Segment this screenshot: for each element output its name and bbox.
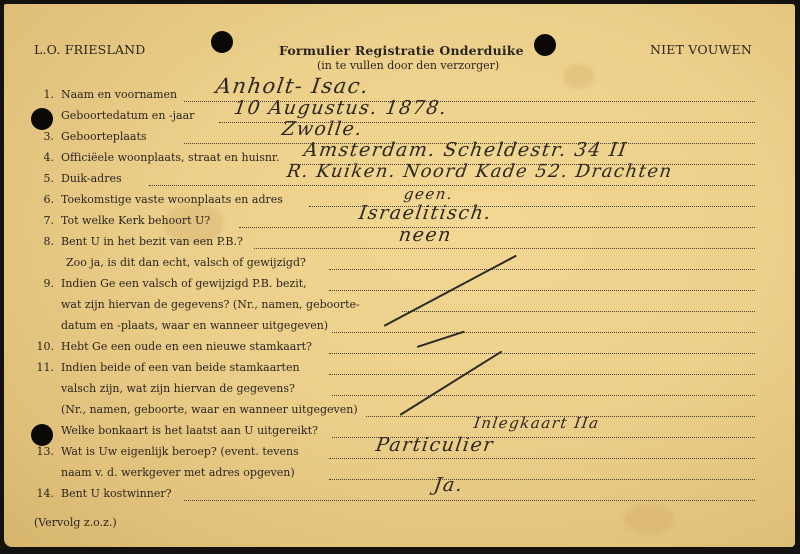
field-row-stamkaart-details-2: (Nr., namen, geboorte, waar en wanneer u…	[4, 401, 795, 421]
handwritten-church: Israelitisch.	[357, 202, 493, 224]
answer-line[interactable]	[329, 353, 755, 354]
handwritten-hiding-address: R. Kuiken. Noord Kade 52. Drachten	[286, 161, 675, 182]
field-row-stamkaart: 10. Hebt Ge een oude en een nieuwe stamk…	[4, 338, 795, 358]
field-label: Indien Ge een valsch of gewijzigd P.B. b…	[61, 277, 307, 290]
field-number: 8.	[4, 235, 54, 248]
organization-label: L.O. FRIESLAND	[34, 42, 146, 57]
field-label: Bent U kostwinner?	[61, 487, 171, 500]
field-row-stamkaart-details: valsch zijn, wat zijn hiervan de gegeven…	[4, 380, 795, 400]
field-row-fake-pb-details-2: datum en -plaats, waar en wanneer uitgeg…	[4, 317, 795, 337]
field-row-stamkaart-fake: 11. Indien beide of een van beide stamka…	[4, 359, 795, 379]
field-row-employer: naam v. d. werkgever met adres opgeven)	[4, 464, 795, 484]
handwritten-profession: Particulier	[374, 434, 495, 456]
field-label: Duik-adres	[61, 172, 122, 185]
handwritten-name: Anholt- Isac.	[214, 74, 371, 98]
field-label: Geboortedatum en -jaar	[61, 109, 194, 122]
field-label: Officiëele woonplaats, straat en huisnr.	[61, 151, 279, 164]
field-label: valsch zijn, wat zijn hiervan de gegeven…	[61, 382, 295, 395]
field-number: 13.	[4, 445, 54, 458]
do-not-fold-label: NIET VOUWEN	[650, 42, 752, 57]
field-label: naam v. d. werkgever met adres opgeven)	[61, 466, 295, 479]
field-number: 9.	[4, 277, 54, 290]
field-label: Welke bonkaart is het laatst aan U uitge…	[61, 424, 318, 437]
field-label: Bent U in het bezit van een P.B.?	[61, 235, 243, 248]
answer-line[interactable]	[402, 311, 755, 312]
handwritten-breadwinner: Ja.	[432, 474, 465, 496]
handwritten-ration-card: Inlegkaart IIa	[473, 414, 601, 432]
answer-line[interactable]	[332, 332, 755, 333]
field-label: wat zijn hiervan de gegevens? (Nr., name…	[61, 298, 360, 311]
field-number: 14.	[4, 487, 54, 500]
paper-stain	[624, 504, 674, 534]
field-label: datum en -plaats, waar en wanneer uitgeg…	[61, 319, 328, 332]
field-label: Toekomstige vaste woonplaats en adres	[61, 193, 283, 206]
answer-line[interactable]	[254, 248, 755, 249]
form-title: Formulier Registratie Onderduike	[279, 43, 524, 58]
handwritten-future-address: geen.	[403, 185, 455, 203]
field-number: 5.	[4, 172, 54, 185]
field-row-fake-pb-details: wat zijn hiervan de gegevens? (Nr., name…	[4, 296, 795, 316]
answer-line[interactable]	[329, 374, 755, 375]
field-row-breadwinner: 14. Bent U kostwinner?	[4, 485, 795, 505]
field-label: Naam en voornamen	[61, 88, 177, 101]
field-label: Wat is Uw eigenlijk beroep? (event. teve…	[61, 445, 299, 458]
field-number: 7.	[4, 214, 54, 227]
field-label: Indien beide of een van beide stamkaarte…	[61, 361, 300, 374]
field-row-pb-type: Zoo ja, is dit dan echt, valsch of gewij…	[4, 254, 795, 274]
field-number: 3.	[4, 130, 54, 143]
field-label: Tot welke Kerk behoort U?	[61, 214, 210, 227]
field-row-fake-pb: 9. Indien Ge een valsch of gewijzigd P.B…	[4, 275, 795, 295]
answer-line[interactable]	[239, 227, 755, 228]
field-number: 1.	[4, 88, 54, 101]
answer-line[interactable]	[184, 500, 755, 501]
handwritten-birthplace: Zwolle.	[280, 118, 364, 140]
field-label: Geboorteplaats	[61, 130, 147, 143]
punch-hole	[534, 34, 556, 56]
field-label: Hebt Ge een oude en een nieuwe stamkaart…	[61, 340, 312, 353]
field-label: Zoo ja, is dit dan echt, valsch of gewij…	[66, 256, 306, 269]
field-number: 4.	[4, 151, 54, 164]
answer-line[interactable]	[329, 269, 755, 270]
punch-hole	[211, 31, 233, 53]
continued-overleaf-note: (Vervolg z.o.z.)	[34, 516, 117, 529]
answer-line[interactable]	[329, 290, 755, 291]
handwritten-official-address: Amsterdam. Scheldestr. 34 II	[302, 139, 628, 161]
registration-form-card: L.O. FRIESLAND Formulier Registratie Ond…	[4, 4, 795, 547]
handwritten-pb: neen	[397, 224, 453, 246]
field-number: 10.	[4, 340, 54, 353]
handwritten-birthdate: 10 Augustus. 1878.	[232, 97, 449, 119]
form-subtitle: (in te vullen door den verzorger)	[317, 59, 499, 72]
field-number: 11.	[4, 361, 54, 374]
answer-line[interactable]	[329, 458, 755, 459]
field-label: (Nr., namen, geboorte, waar en wanneer u…	[61, 403, 358, 416]
answer-line[interactable]	[329, 479, 755, 480]
field-number: 6.	[4, 193, 54, 206]
answer-line[interactable]	[332, 395, 755, 396]
